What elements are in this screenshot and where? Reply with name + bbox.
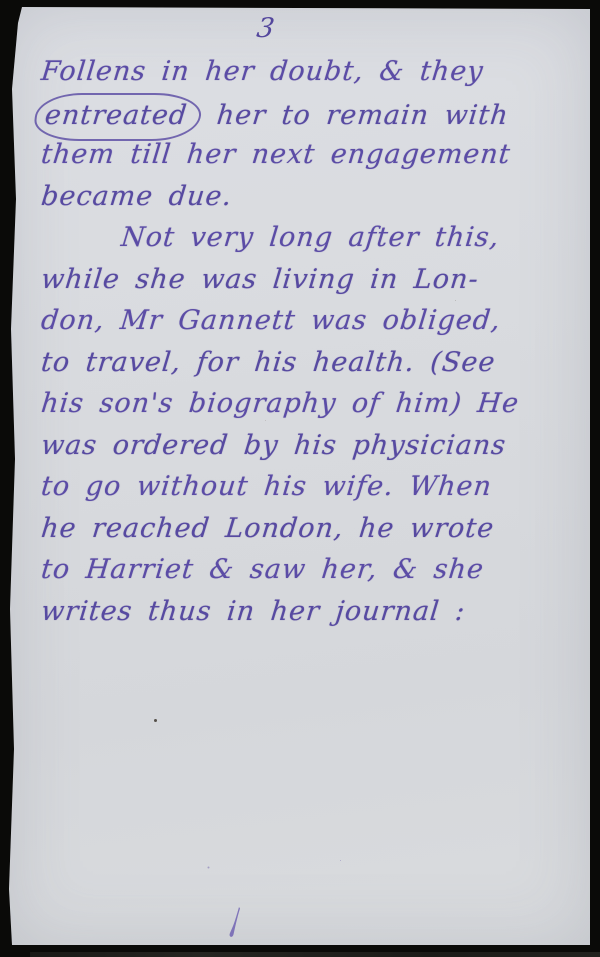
text-line: them till her next engagement (39, 134, 588, 176)
paper-specks (154, 719, 157, 722)
text-line: Not very long after this, (39, 217, 588, 259)
text-line: entreated her to remain with (39, 93, 588, 135)
text-line: became due. (39, 176, 588, 218)
text-line: don, Mr Gannett was obliged, (39, 300, 588, 342)
text-line-rest: her to remain with (215, 100, 510, 131)
handwritten-text: Follens in her doubt, & they entreated h… (39, 51, 584, 632)
photograph-background: 3 Follens in her doubt, & they entreated… (0, 0, 600, 957)
text-line: was ordered by his physicians (39, 425, 588, 467)
circled-word: entreated (32, 93, 203, 141)
page-number: 3 (255, 13, 277, 44)
manuscript-page: 3 Follens in her doubt, & they entreated… (9, 7, 590, 945)
text-line: to go without his wife. When (39, 466, 588, 508)
text-line: Follens in her doubt, & they (39, 51, 588, 93)
text-line: while she was living in Lon- (39, 259, 588, 301)
text-line: his son's biography of him) He (39, 383, 588, 425)
text-line: he reached London, he wrote (39, 508, 588, 550)
stray-ink-mark (225, 906, 241, 940)
text-line: to Harriet & saw her, & she (39, 549, 588, 591)
text-line: to travel, for his health. (See (39, 342, 588, 384)
text-line: writes thus in her journal : (39, 591, 588, 633)
